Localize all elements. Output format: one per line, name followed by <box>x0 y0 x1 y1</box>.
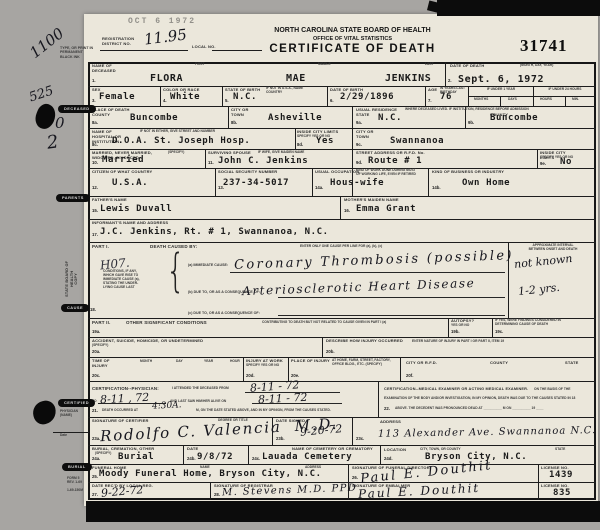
item-9d-number: 9d. <box>356 161 362 165</box>
grid-line <box>352 417 353 445</box>
grid-line <box>400 357 401 381</box>
business-value: Own Home <box>462 179 510 188</box>
grid-line <box>327 86 328 106</box>
injury-day-label: DAY <box>176 360 183 364</box>
father-name-value: Lewis Duvall <box>100 205 172 214</box>
name-of-deceased-label: NAME OF DECEASED <box>92 64 116 74</box>
informant-label: INFORMANT'S NAME AND ADDRESS <box>92 221 168 226</box>
item-9a-number: 9a. <box>356 121 362 125</box>
inside-city-limits-value: Yes <box>316 137 334 146</box>
item-8a-number: 8a. <box>92 121 98 125</box>
me-line2: EXAMINATION OF THE BODY AND/OR INVESTIGA… <box>384 397 594 401</box>
embalmer-license-value: 835 <box>553 489 571 498</box>
item-2-number: 2. <box>448 79 452 83</box>
scan-artifact-bottom-band <box>86 501 600 522</box>
injury-year-label: YEAR <box>204 360 213 364</box>
item-7-number: 7. <box>428 99 432 103</box>
item-4-number: 4. <box>163 99 167 103</box>
grid-line <box>537 149 538 168</box>
burial-location-state: STATE <box>555 448 565 452</box>
accident-label: ACCIDENT, SUICIDE, HOMICIDE, OR UNDETERM… <box>92 339 203 344</box>
item-18-number: 18. <box>90 308 96 312</box>
item-24c-number: 24c. <box>252 457 260 461</box>
surviving-spouse-sub: IF WIFE, GIVE MAIDEN NAME <box>258 151 343 155</box>
injury-state-label: STATE <box>565 361 579 366</box>
item-9c-number: 9c. <box>356 143 362 147</box>
grid-line <box>322 337 323 357</box>
ink-blot-lower <box>31 399 59 427</box>
grid-line <box>160 86 161 106</box>
grid-line <box>500 96 501 106</box>
father-name-label: FATHER'S NAME <box>92 198 127 203</box>
grid-line <box>312 168 313 196</box>
citizen-value: U.S.A. <box>112 179 148 188</box>
under-24-min-label: MIN. <box>572 98 579 102</box>
margin-handwritten-2: 2 <box>46 133 60 152</box>
grid-line <box>88 464 596 465</box>
deceased-middle-name: MAE <box>286 74 306 84</box>
autopsy-sub: YES OR NO <box>451 324 469 328</box>
office-subtitle: OFFICE OF VITAL STATISTICS <box>245 36 460 42</box>
me-line3: ABOVE. THE DECEDENT WAS PRONOUNCED DEAD … <box>395 407 595 411</box>
item-24b-number: 24b. <box>187 457 196 461</box>
place-of-injury-label: PLACE OF INJURY <box>291 359 330 364</box>
item-19c-number: 19c. <box>495 330 503 334</box>
item-6-number: 6. <box>330 99 334 103</box>
board-of-health-title: NORTH CAROLINA STATE BOARD OF HEALTH <box>245 27 460 34</box>
part2-label: PART II. <box>92 320 111 325</box>
item-24a-number: 24a. <box>92 457 100 461</box>
address-label: ADDRESS <box>380 420 401 425</box>
marital-status-value: Married <box>102 156 144 165</box>
item-9e-number: 9e. <box>540 162 546 166</box>
item-24d-number: 24d. <box>384 457 393 461</box>
grid-line <box>222 86 223 106</box>
grid-line <box>288 357 289 381</box>
pod-county-value: Buncombe <box>130 114 178 123</box>
item-20b-number: 20b. <box>326 350 335 354</box>
item-8c-number: 8c. <box>92 143 98 147</box>
grid-line <box>425 86 426 106</box>
side-tab-deceased: DECEASED <box>58 105 96 113</box>
injury-at-work-sub: SPECIFY YES OR NO <box>246 364 279 368</box>
item-27-number: 27. <box>92 493 98 497</box>
scan-artifact-top-strip <box>437 0 600 16</box>
item-12-number: 12. <box>92 186 98 190</box>
cause-line-c <box>278 315 505 316</box>
item-25-number: 25. <box>92 475 98 479</box>
marital-status-sub: (SPECIFY) <box>168 151 184 155</box>
date-signed-value: 9-20-72 <box>300 423 343 438</box>
registration-district-label: REGISTRATION DISTRICT NO. <box>102 37 134 47</box>
grid-line <box>445 62 446 86</box>
time-of-injury-label: TIME OF INJURY <box>92 359 110 369</box>
received-date-stamp: OCT 6 1972 <box>128 17 196 26</box>
grid-line <box>243 357 244 381</box>
under-24-hours-label: IF UNDER 24 HOURS <box>535 88 595 92</box>
age-label: AGE <box>428 88 437 93</box>
cemetery-value: Lauada Cemetery <box>262 453 352 462</box>
residence-state-value: N.C. <box>378 114 402 123</box>
usual-residence-sub: WHERE DECEASED LIVED. IF INSTITUTION, RE… <box>405 108 555 112</box>
item-20c-number: 20c. <box>92 374 100 378</box>
certificate-number: 31741 <box>520 36 568 56</box>
side-tab-cause: CAUSE <box>61 304 89 312</box>
pod-county-label: COUNTY <box>92 113 110 118</box>
funeral-home-value: Moody Funeral Home, Bryson City, N.C. <box>99 470 322 479</box>
side-tab-parents: PARENTS <box>56 194 90 202</box>
date-of-birth-value: 2/29/1896 <box>340 93 394 102</box>
residence-city-value: Swannanoa <box>390 137 444 146</box>
grid-line <box>215 168 216 196</box>
item-23b-number: 23b. <box>276 437 285 441</box>
grid-line <box>448 318 449 337</box>
side-tab-certified: CERTIFIED <box>58 399 95 407</box>
under-1-months-label: MONTHS <box>474 98 488 102</box>
inside-city-limits2-value: No <box>560 158 572 167</box>
date-received-value: 9-22-72 <box>101 484 144 499</box>
grid-line <box>228 106 229 128</box>
accident-sub: (SPECIFY) <box>92 344 108 348</box>
interval-header: APPROXIMATE INTERVAL BETWEEN ONSET AND D… <box>512 244 594 252</box>
grid-line <box>533 86 534 106</box>
informant-value: J.C. Jenkins, Rt. # 1, Swannanoa, N.C. <box>100 228 329 237</box>
item-11-number: 11. <box>208 161 214 165</box>
grid-line <box>565 96 566 106</box>
item-21-number: 21. <box>92 409 98 413</box>
copy-designation-vertical: STATE BOARD OF HEALTH COPY <box>65 254 79 304</box>
occupation-value: Hous-wife <box>330 179 384 188</box>
residence-state-label: STATE <box>356 113 370 118</box>
form-number-note: FORM 5 REV. 1-69 <box>67 477 93 485</box>
surviving-spouse-value: John C. Jenkins <box>218 157 308 166</box>
side-tab-burial: BURIAL <box>62 463 92 471</box>
grid-line <box>248 445 249 464</box>
pod-city-value: Asheville <box>268 114 322 123</box>
item-3-number: 3. <box>92 99 96 103</box>
item-26-number: 26. <box>352 476 358 480</box>
autopsy-findings-label: IF YES, WERE FINDINGS CONSIDERED IN DETE… <box>495 319 593 327</box>
grid-line <box>378 381 379 417</box>
grid-line <box>538 464 539 500</box>
mother-name-value: Emma Grant <box>356 205 416 214</box>
item-5-number: 5. <box>225 99 229 103</box>
occurred-rest-label: M, ON THE DATE STATED ABOVE, AND IN MY O… <box>196 409 376 413</box>
scanned-death-certificate: 1100 TYPE, OR PRINT IN PERMANENT BLACK I… <box>0 0 600 530</box>
certification-me-label: CERTIFICATION--MEDICAL EXAMINER OR ACTIN… <box>384 387 528 392</box>
hospital-sub: IF NOT IN EITHER, GIVE STREET AND NUMBER <box>140 130 260 134</box>
mother-name-label: MOTHER'S MAIDEN NAME <box>344 198 399 203</box>
deceased-first-name: FLORA <box>150 74 183 84</box>
cause-margin-code: H07. <box>99 256 130 271</box>
age-value: 76 <box>440 93 452 102</box>
item-15-number: 15. <box>92 209 98 213</box>
director-license-value: 1439 <box>549 471 573 480</box>
item-8b-number: 8b. <box>231 121 237 125</box>
grid-line <box>183 445 184 464</box>
item-1-number: 1. <box>92 79 96 83</box>
grid-line <box>210 482 211 500</box>
margin-date-note: Date <box>60 434 67 438</box>
immediate-cause-label: (a) IMMEDIATE CAUSE: <box>188 263 228 267</box>
date-of-death-label: DATE OF DEATH <box>450 64 484 69</box>
describe-injury-label: DESCRIBE HOW INJURY OCCURRED <box>326 339 403 344</box>
part2-title: OTHER SIGNIFICANT CONDITIONS <box>126 320 207 325</box>
business-label: KIND OF BUSINESS OR INDUSTRY <box>432 170 504 175</box>
item-17-number: 17. <box>92 233 98 237</box>
item-14a-number: 14a. <box>315 186 323 190</box>
part2-note: CONTRIBUTING TO DEATH BUT NOT RELATED TO… <box>262 321 442 325</box>
last-label: LAST <box>425 63 434 67</box>
first-label: FIRST <box>195 63 205 67</box>
item-14b-number: 14b. <box>432 186 441 190</box>
occupation-sub: KIND OF WORK DONE DURING MOST OF WORKING… <box>356 169 426 177</box>
local-no-label: LOCAL NO. <box>192 45 216 50</box>
residence-city-label: CITY OR TOWN <box>356 130 374 140</box>
last-saw-value: 8-11 - 72 <box>258 392 308 406</box>
scan-artifact-top-strip-edge <box>427 0 443 13</box>
item-16-number: 16. <box>344 209 350 213</box>
grid-line <box>492 318 493 337</box>
middle-label: MIDDLE <box>318 63 331 67</box>
state-of-birth-value: N.C. <box>233 93 257 102</box>
race-value: White <box>170 93 200 102</box>
grid-line <box>88 149 596 150</box>
item-8d-number: 8d. <box>297 143 303 147</box>
grid-line <box>88 242 596 243</box>
me-basis-label: ON THE BASIS OF THE <box>534 388 570 392</box>
pod-city-label: CITY OR TOWN <box>231 108 249 118</box>
under-24-hours-sub: HOURS <box>540 98 552 102</box>
grid-line <box>380 445 381 464</box>
burial-location-label: LOCATION <box>384 448 406 453</box>
due-to-c-label: (c) DUE TO, OR AS A CONSEQUENCE OF: <box>188 311 260 315</box>
describe-injury-sub: ENTER NATURE OF INJURY IN PART I OR PART… <box>412 340 562 344</box>
type-print-instruction: TYPE, OR PRINT IN PERMANENT BLACK INK <box>60 46 104 59</box>
one-cause-note: ENTER ONLY ONE CAUSE PER LINE FOR (a), (… <box>300 245 382 249</box>
date-of-death-value: Sept. 6, 1972 <box>458 75 544 85</box>
margin-physician-note: PHYSICIAN (NAME) <box>60 410 90 418</box>
date-of-death-sub: (MONTH, DAY, YEAR) <box>520 64 553 68</box>
street-address-value: Route # 1 <box>368 157 422 166</box>
item-23c-number: 23c. <box>356 437 364 441</box>
burial-date-value: 9/8/72 <box>197 453 233 462</box>
state-of-birth-sub: IF NOT IN U.S.A., NAME COUNTRY <box>266 87 303 95</box>
burial-type-value: Burial <box>118 453 154 462</box>
conditions-note: CONDITIONS, IF ANY, WHICH GAVE RISE TO I… <box>103 270 161 290</box>
residence-county-value: Buncombe <box>490 114 538 123</box>
ssn-value: 237-34-5017 <box>223 179 289 188</box>
hospital-value: D.O.A. St. Joseph Hosp. <box>112 137 250 146</box>
item-19b-number: 19b. <box>451 330 460 334</box>
grid-line <box>88 417 596 418</box>
occupation-label: USUAL OCCUPATION <box>315 170 359 175</box>
under-1-year-label: IF UNDER 1 YEAR <box>471 88 531 92</box>
item-20f-number: 20f. <box>406 374 413 378</box>
cause-brace: { <box>166 245 185 298</box>
injury-city-label: CITY OR R.F.D. <box>406 361 437 366</box>
ssn-label: SOCIAL SECURITY NUMBER <box>218 170 277 175</box>
part1-label: PART I. <box>92 244 109 249</box>
grid-line <box>295 128 296 149</box>
occurred-time-value: 4:30A. <box>152 401 182 412</box>
citizen-label: CITIZEN OF WHAT COUNTRY <box>92 170 152 175</box>
attended-to-value: 8-11 , 72 <box>100 392 150 406</box>
margin-handwritten-0: 0 <box>55 116 65 131</box>
certification-physician-label: CERTIFICATION--PHYSICIAN: <box>92 386 159 391</box>
margin-date-line <box>53 432 89 433</box>
margin-handwritten-525: 525 <box>28 84 56 104</box>
attended-from-label: I ATTENDED THE DECEASED FROM <box>172 387 229 391</box>
cause-line-a <box>230 272 505 273</box>
item-22-number: 22. <box>384 407 390 411</box>
grid-line <box>88 381 596 382</box>
cause-line-b <box>278 297 505 298</box>
item-23a-number: 23a. <box>92 437 100 441</box>
sex-value: Female <box>99 93 135 102</box>
place-of-injury-sub: AT HOME, FARM, STREET, FACTORY, OFFICE B… <box>332 359 398 367</box>
signature-of-certifier-label: SIGNATURE OF CERTIFIER <box>92 419 149 424</box>
item-9b-number: 9b. <box>468 121 474 125</box>
occurred-at-label: DEATH OCCURRED AT <box>102 409 138 413</box>
item-19a-number: 19a. <box>92 330 100 334</box>
grid-line <box>468 86 469 106</box>
grid-line <box>88 196 596 197</box>
grid-line <box>428 168 429 196</box>
grid-line <box>340 196 341 219</box>
deceased-last-name: JENKINS <box>385 74 431 84</box>
item-20d-number: 20d. <box>246 374 255 378</box>
certificate-title: CERTIFICATE OF DEATH <box>240 43 465 55</box>
injury-month-label: MONTH <box>140 360 152 364</box>
registration-district-line <box>100 50 188 51</box>
item-10-number: 10. <box>92 161 98 165</box>
item-28-number: 28. <box>214 493 220 497</box>
item-20a-number: 20a. <box>92 350 100 354</box>
injury-hour-label: HOUR <box>230 360 240 364</box>
under-1-days-label: DAYS <box>508 98 517 102</box>
injury-county-label: COUNTY <box>490 361 508 366</box>
grid-line <box>205 149 206 168</box>
